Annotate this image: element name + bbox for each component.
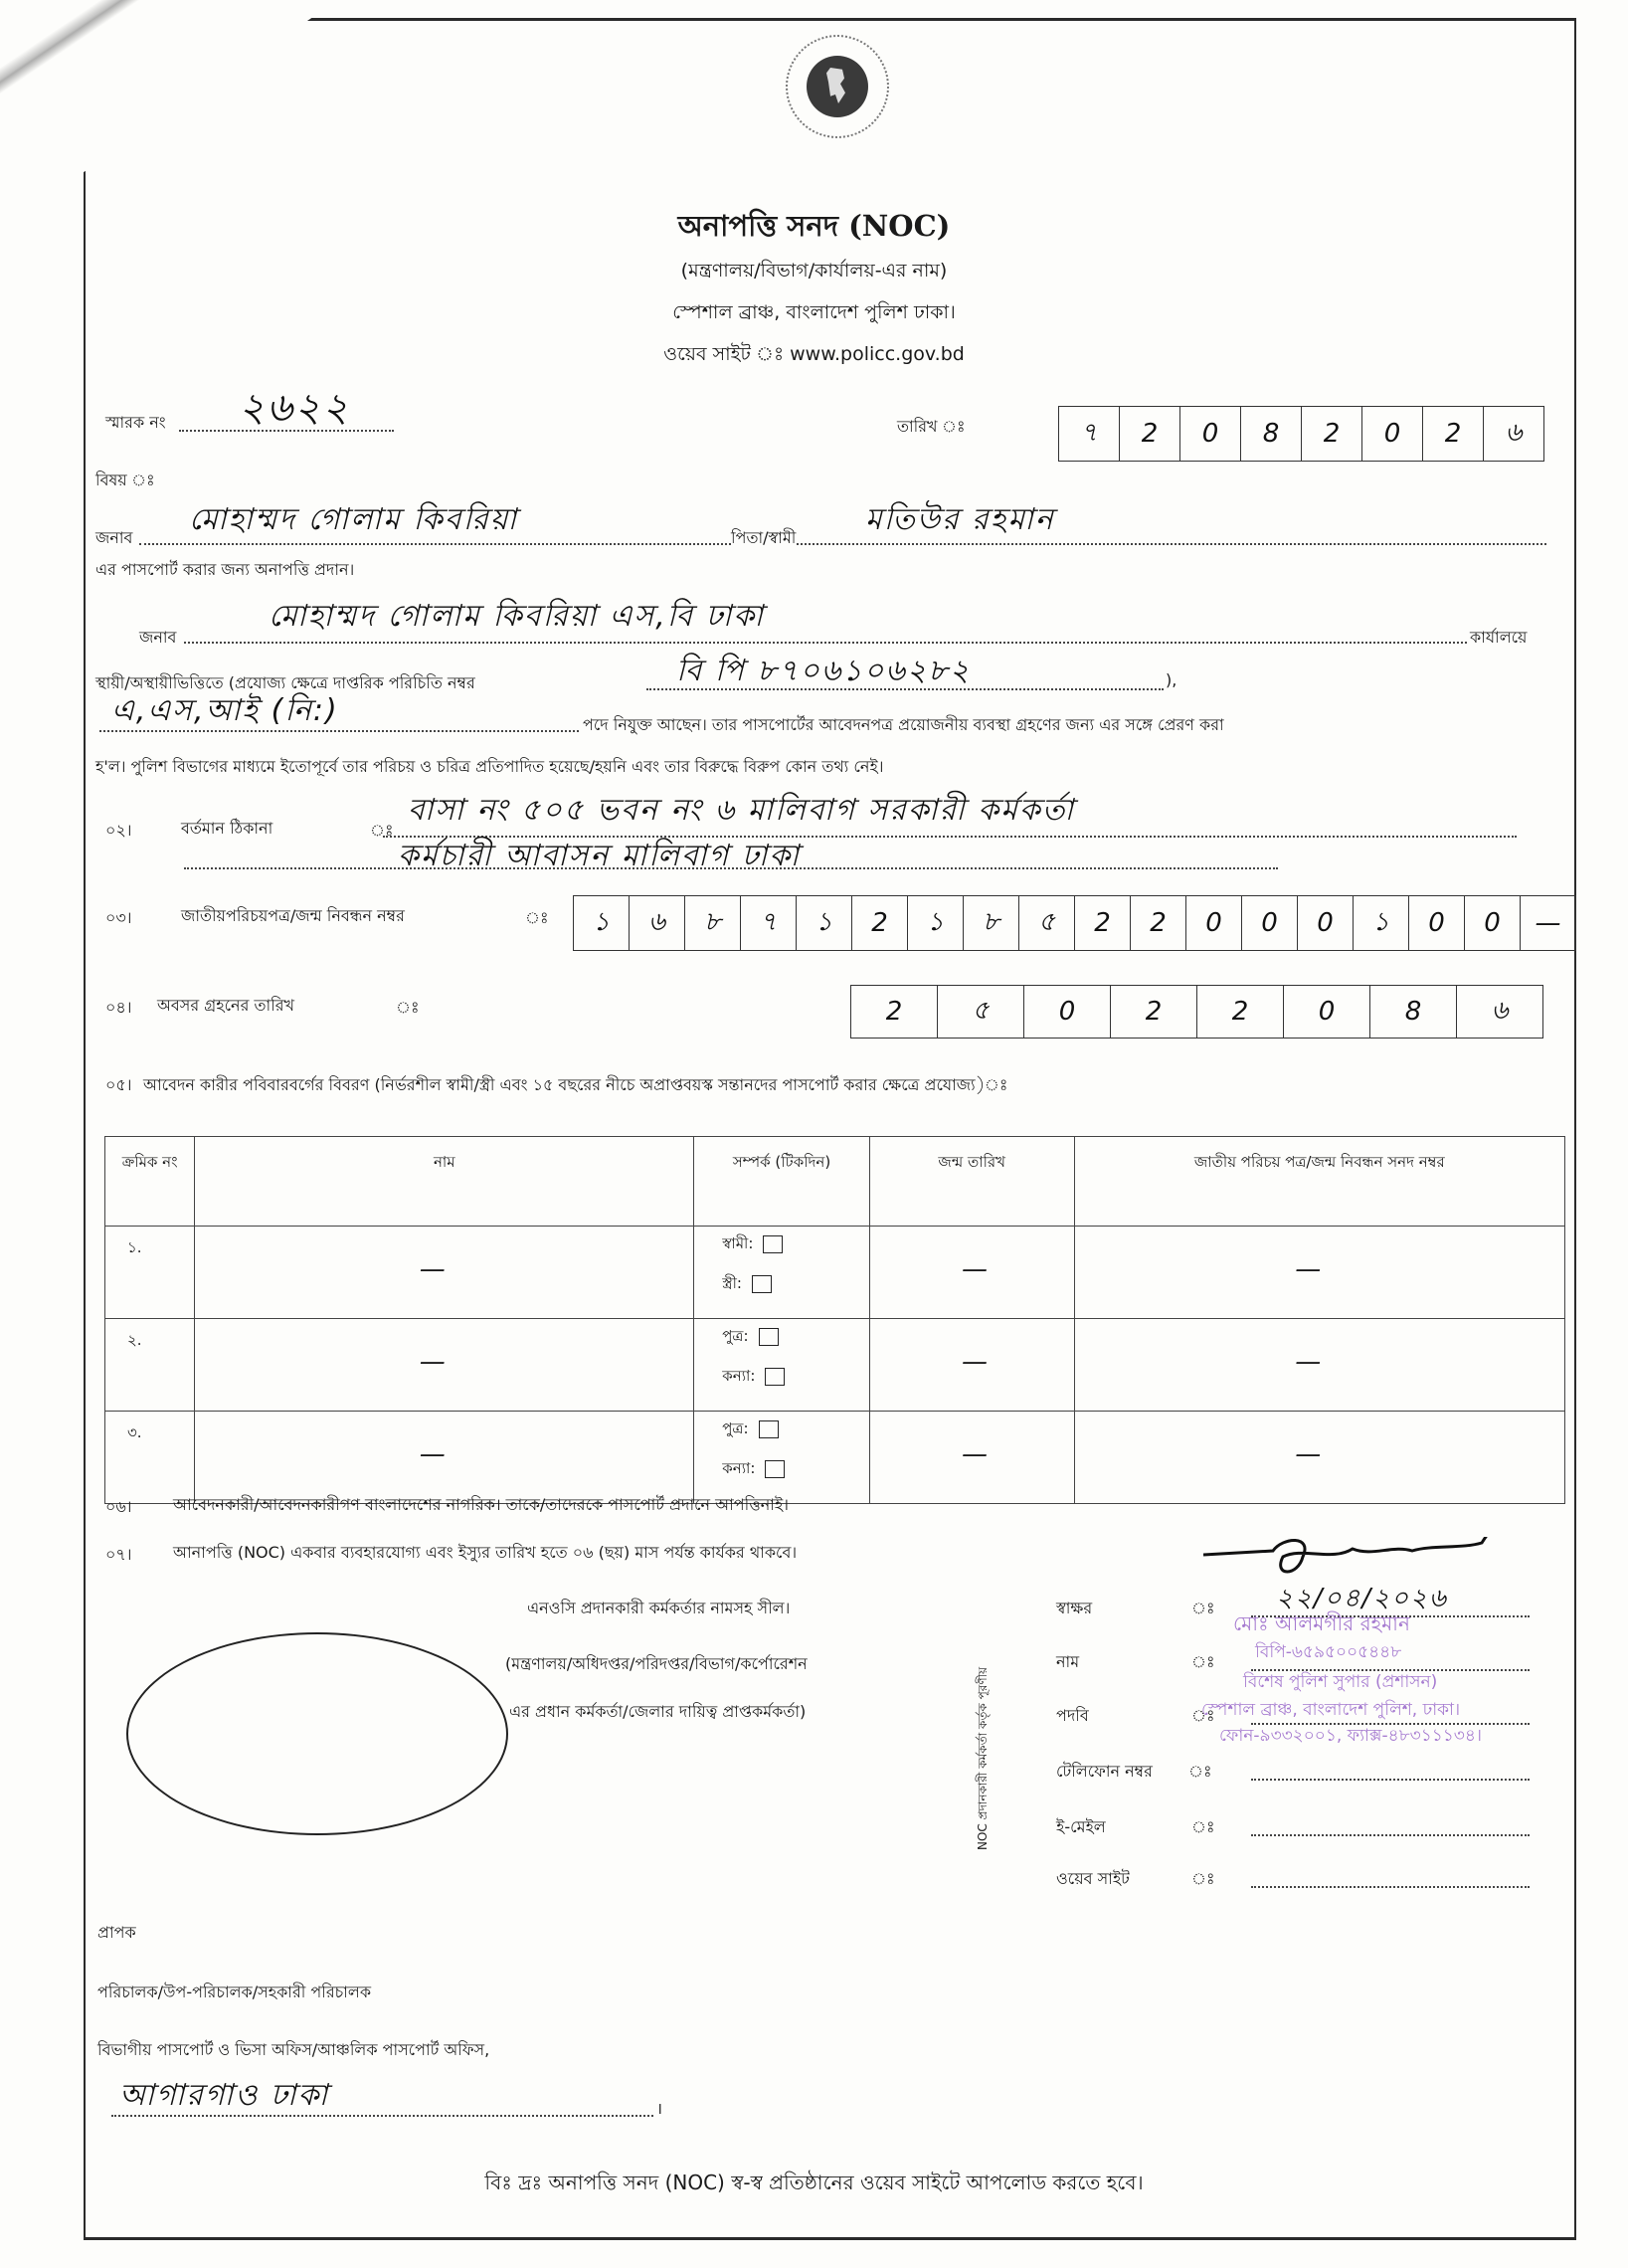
date-digit[interactable]: ৭	[1059, 407, 1120, 461]
issuer-field-input[interactable]	[1251, 1886, 1530, 1888]
issuing-office: স্পেশাল ব্রাঞ্চ, বাংলাদেশ পুলিশ ঢাকা।	[0, 298, 1628, 330]
retirement-digit[interactable]: 2	[1111, 986, 1197, 1038]
memo-label: স্মারক নং	[105, 410, 166, 437]
column-header: ক্রমিক নং	[105, 1137, 195, 1227]
father-label: পিতা/স্বামী	[731, 525, 796, 552]
seal-caption: এনওসি প্রদানকারী কর্মকর্তার নামসহ সীল।	[527, 1596, 790, 1622]
seal-sub-1: (মন্ত্রণালয়/অধিদপ্তর/পরিদপ্তর/বিভাগ/কর্…	[505, 1651, 808, 1678]
column-header: জাতীয় পরিচয় পত্র/জন্ম নিবন্ধন সনদ নম্ব…	[1074, 1137, 1564, 1227]
office-website: ওয়েব সাইট ঃ www.policc.gov.bd	[0, 340, 1628, 372]
nid-digit[interactable]: 0	[1298, 896, 1354, 950]
date-digit[interactable]: 2	[1120, 407, 1180, 461]
official-seal-area	[126, 1632, 508, 1835]
colon: ঃ	[1191, 1814, 1215, 1841]
date-digit[interactable]: ৬	[1484, 407, 1543, 461]
validity-statement: আনাপত্তি (NOC) একবার ব্যবহারযোগ্য এবং ইস…	[173, 1540, 797, 1567]
relation-label: পুত্র:	[722, 1327, 748, 1345]
officer-stamp-line: স্পেশাল ব্রাঞ্চ, বাংলাদেশ পুলিশ, ঢাকা।	[1201, 1697, 1460, 1725]
issuer-field-label: ওয়েব সাইট	[1056, 1866, 1130, 1893]
father-name[interactable]: মতিউর রহমান	[865, 495, 1055, 546]
post-suffix: পদে নিযুক্ত আছেন। তার পাসপোর্টের আবেদনপত…	[583, 712, 1224, 739]
dob-cell[interactable]: —	[869, 1319, 1074, 1412]
relation-checkbox[interactable]	[759, 1420, 779, 1438]
retirement-digit[interactable]: 0	[1024, 986, 1111, 1038]
issuer-field-label: স্বাক্ষর	[1056, 1596, 1092, 1622]
column-header: নাম	[195, 1137, 694, 1227]
relation-cell: পুত্র:কন্যা:	[694, 1319, 870, 1412]
nid-digit[interactable]: —	[1521, 896, 1575, 950]
relation-label: স্বামী:	[722, 1234, 753, 1252]
nid-cell[interactable]: —	[1074, 1412, 1564, 1504]
nid-digit[interactable]: 0	[1465, 896, 1521, 950]
issuer-field-input[interactable]	[1251, 1834, 1530, 1836]
table-row: ৩.—পুত্র:কন্যা:——	[105, 1412, 1565, 1504]
relation-label: কন্যা:	[722, 1367, 755, 1385]
address-line-1[interactable]: বাসা নং ৫০৫ ভবন নং ৬ মালিবাগ সরকারী কর্ম…	[408, 786, 1075, 837]
end-mark: ।	[656, 2097, 662, 2119]
address-label: বর্তমান ঠিকানা	[181, 816, 272, 843]
ministry-placeholder: (মন্ত্রণালয়/বিভাগ/কার্যালয়-এর নাম)	[0, 257, 1628, 288]
subject-label: বিষয় ঃ	[95, 468, 155, 494]
date-digit[interactable]: 2	[1302, 407, 1362, 461]
nid-digit[interactable]: ১	[908, 896, 964, 950]
item-03-number: ০৩।	[105, 905, 132, 932]
recipient-office[interactable]: আগারগাও ঢাকা	[119, 2071, 329, 2122]
colon: ঃ	[370, 818, 394, 845]
subject-line: এর পাসপোর্ট করার জন্য অনাপত্তি প্রদান।	[95, 557, 354, 584]
nid-boxes[interactable]: ১৬৮৭১2১৮৫22000১00—	[573, 895, 1576, 951]
relation-checkbox[interactable]	[765, 1460, 785, 1478]
nid-digit[interactable]: 2	[1131, 896, 1186, 950]
date-digit[interactable]: 0	[1362, 407, 1423, 461]
footer-note: বিঃ দ্রঃ অনাপত্তি সনদ (NOC) স্ব-স্ব প্রত…	[0, 2169, 1628, 2201]
posting-office[interactable]: মোহাম্মদ গোলাম কিবরিয়া এস,বি ঢাকা	[269, 592, 765, 643]
retirement-label: অবসর গ্রহনের তারিখ	[157, 993, 294, 1020]
item-07-number: ০৭।	[105, 1542, 132, 1569]
nid-digit[interactable]: 2	[852, 896, 908, 950]
retirement-digit[interactable]: 0	[1284, 986, 1370, 1038]
column-header: সম্পর্ক (টিকদিন)	[694, 1137, 870, 1227]
issuer-vertical-note: NOC প্রদানকারী কর্মকর্তা কর্তৃক পূরণীয়	[975, 1667, 995, 1850]
item-06-number: ০৬।	[105, 1494, 132, 1521]
relation-label: পুত্র:	[722, 1419, 748, 1437]
id-suffix: ),	[1166, 670, 1176, 689]
office-suffix: কার্যালয়ে	[1470, 625, 1527, 652]
retirement-date-boxes[interactable]: 2৫02208৬	[850, 985, 1543, 1039]
family-section-label: আবেদন কারীর পবিবারবর্গের বিবরণ (নির্ভরশী…	[143, 1072, 1007, 1099]
issuer-field-input[interactable]	[1251, 1779, 1530, 1781]
relation-checkbox[interactable]	[759, 1328, 779, 1346]
citizenship-statement: আবেদনকারী/আবেদনকারীগণ বাংলাদেশের নাগরিক।…	[173, 1492, 789, 1519]
date-boxes[interactable]: ৭208202৬	[1058, 406, 1544, 462]
nid-cell[interactable]: —	[1074, 1227, 1564, 1319]
name-cell[interactable]: —	[195, 1412, 694, 1504]
date-digit[interactable]: 8	[1241, 407, 1302, 461]
serial-cell: ১.	[105, 1227, 195, 1319]
officer-stamp-line: বিপি-৬৫৯৫০০৫৪৪৮	[1255, 1639, 1401, 1667]
nid-digit[interactable]: 0	[1186, 896, 1242, 950]
relation-checkbox[interactable]	[763, 1235, 783, 1253]
nid-digit[interactable]: 0	[1409, 896, 1465, 950]
colon: ঃ	[396, 995, 420, 1022]
nid-digit[interactable]: ১	[574, 896, 630, 950]
serial-cell: ২.	[105, 1319, 195, 1412]
colon: ঃ	[1188, 1759, 1212, 1786]
officer-stamp-line: মোঃ আলমগীর রহমান	[1233, 1609, 1410, 1642]
retirement-digit[interactable]: ৬	[1457, 986, 1542, 1038]
name-cell[interactable]: —	[195, 1319, 694, 1412]
post-title[interactable]: এ,এস,আই (নি:)	[111, 686, 339, 737]
retirement-digit[interactable]: 8	[1370, 986, 1457, 1038]
address-line-2[interactable]: কর্মচারী আবাসন মালিবাগ ঢাকা	[398, 832, 801, 882]
colon: ঃ	[1191, 1596, 1215, 1622]
body-mr-label: জনাব	[139, 625, 176, 652]
family-table: ক্রমিক নংনামসম্পর্ক (টিকদিন)জন্ম তারিখজা…	[104, 1136, 1565, 1504]
name-cell[interactable]: —	[195, 1227, 694, 1319]
verification-statement: হ'ল। পুলিশ বিভাগের মাধ্যমে ইতোপূর্বে তার…	[95, 754, 884, 781]
seal-sub-2: এর প্রধান কর্মকর্তা/জেলার দায়িত্ব প্রাপ…	[509, 1699, 806, 1726]
dob-cell[interactable]: —	[869, 1227, 1074, 1319]
recipient-line-1: পরিচালক/উপ-পরিচালক/সহকারী পরিচালক	[97, 1980, 371, 2006]
nid-digit[interactable]: ৬	[630, 896, 685, 950]
retirement-digit[interactable]: 2	[1197, 986, 1284, 1038]
item-02-number: ০২।	[105, 818, 132, 845]
recipient-label: প্রাপক	[97, 1920, 136, 1947]
issuer-field-label: টেলিফোন নম্বর	[1056, 1759, 1153, 1786]
memo-number[interactable]: ২৬২২	[239, 376, 350, 443]
dob-cell[interactable]: —	[869, 1412, 1074, 1504]
relation-cell: পুত্র:কন্যা:	[694, 1412, 870, 1504]
mr-label: জনাব	[95, 525, 132, 552]
nid-digit[interactable]: ১	[797, 896, 852, 950]
retirement-digit[interactable]: ৫	[938, 986, 1024, 1038]
nid-digit[interactable]: 0	[1242, 896, 1298, 950]
relation-checkbox[interactable]	[752, 1275, 772, 1293]
nid-digit[interactable]: ১	[1354, 896, 1409, 950]
retirement-digit[interactable]: 2	[851, 986, 938, 1038]
official-id-number[interactable]: বি পি ৮৭০৬১০৬২৮২	[676, 647, 971, 697]
government-emblem-icon	[786, 35, 889, 138]
nid-cell[interactable]: —	[1074, 1319, 1564, 1412]
table-row: ২.—পুত্র:কন্যা:——	[105, 1319, 1565, 1412]
officer-stamp-line: বিশেষ পুলিশ সুপার (প্রশাসন)	[1243, 1669, 1437, 1697]
recipient-line-2: বিভাগীয় পাসপোর্ট ও ভিসা অফিস/আঞ্চলিক পা…	[97, 2037, 489, 2064]
applicant-name[interactable]: মোহাম্মদ গোলাম কিবরিয়া	[189, 495, 518, 546]
item-04-number: ০৪।	[105, 995, 132, 1022]
relation-label: স্ত্রী:	[722, 1274, 742, 1292]
nid-digit[interactable]: 2	[1075, 896, 1131, 950]
issuer-field-label: ই-মেইল	[1056, 1814, 1106, 1841]
table-row: ১.—স্বামী:স্ত্রী:——	[105, 1227, 1565, 1319]
item-05-number: ০৫।	[105, 1072, 132, 1099]
date-digit[interactable]: 0	[1180, 407, 1241, 461]
relation-checkbox[interactable]	[765, 1368, 785, 1386]
colon: ঃ	[1191, 1649, 1215, 1676]
colon: ঃ	[1191, 1866, 1215, 1893]
date-label: তারিখ ঃ	[897, 414, 965, 441]
relation-cell: স্বামী:স্ত্রী:	[694, 1227, 870, 1319]
relation-label: কন্যা:	[722, 1459, 755, 1477]
nid-digit[interactable]: ৭	[741, 896, 797, 950]
column-header: জন্ম তারিখ	[869, 1137, 1074, 1227]
issuer-field-label: নাম	[1056, 1649, 1079, 1676]
officer-stamp-line: ফোন-৯৩৩২০০১, ফ্যাক্স-৪৮৩১১১৩৪।	[1219, 1723, 1482, 1751]
date-digit[interactable]: 2	[1423, 407, 1484, 461]
serial-cell: ৩.	[105, 1412, 195, 1504]
issuer-field-label: পদবি	[1056, 1703, 1089, 1730]
nid-digit[interactable]: ৫	[1019, 896, 1075, 950]
colon: ঃ	[525, 905, 549, 932]
nid-digit[interactable]: ৮	[685, 896, 741, 950]
nid-digit[interactable]: ৮	[964, 896, 1019, 950]
document-title: অনাপত্তি সনদ (NOC)	[0, 204, 1628, 253]
nid-label: জাতীয়পরিচয়পত্র/জন্ম নিবন্ধন নম্বর	[181, 903, 405, 930]
